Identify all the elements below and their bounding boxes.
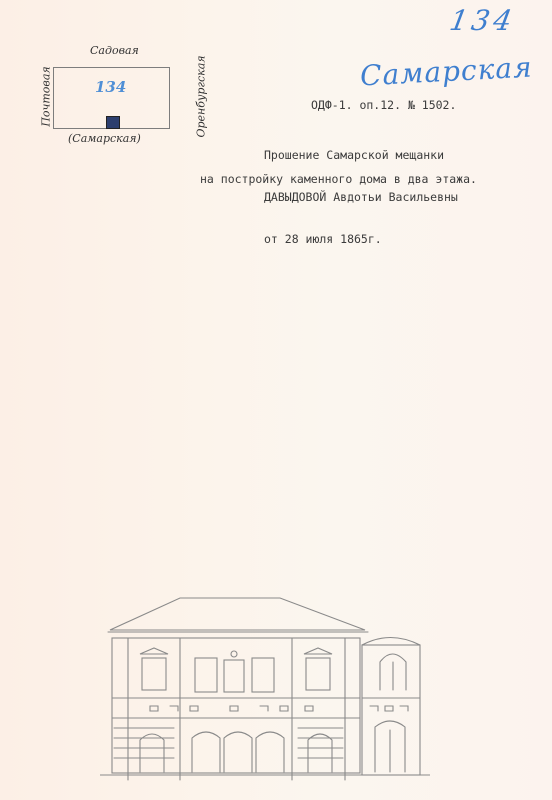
archive-reference: ОДФ-1. оп.12. № 1502. [311, 98, 456, 112]
plan-lot-marker [106, 116, 120, 129]
plan-street-bottom: (Самарская) [68, 132, 141, 145]
plan-lot-number: 134 [95, 78, 126, 96]
plan-street-right: Оренбургская [195, 55, 208, 137]
petition-text: Прошение Самарской мещанки ДАВЫДОВОЙ Авд… [264, 120, 458, 274]
street-heading: Самарская [359, 51, 533, 93]
facade-sketch [100, 590, 430, 800]
document-page: 134 Самарская Садовая Почтовая 134 Оренб… [0, 0, 552, 800]
page-number: 134 [447, 4, 518, 37]
petition-line: от 28 июля 1865г. [264, 232, 458, 246]
site-plan: Садовая Почтовая 134 Оренбургская (Самар… [30, 40, 210, 160]
purpose-text: на постройку каменного дома в два этажа. [200, 172, 477, 186]
plan-street-left: Почтовая [40, 66, 53, 126]
petition-line: ДАВЫДОВОЙ Авдотьи Васильевны [264, 190, 458, 204]
petition-line: Прошение Самарской мещанки [264, 148, 458, 162]
plan-street-top: Садовая [90, 44, 139, 57]
